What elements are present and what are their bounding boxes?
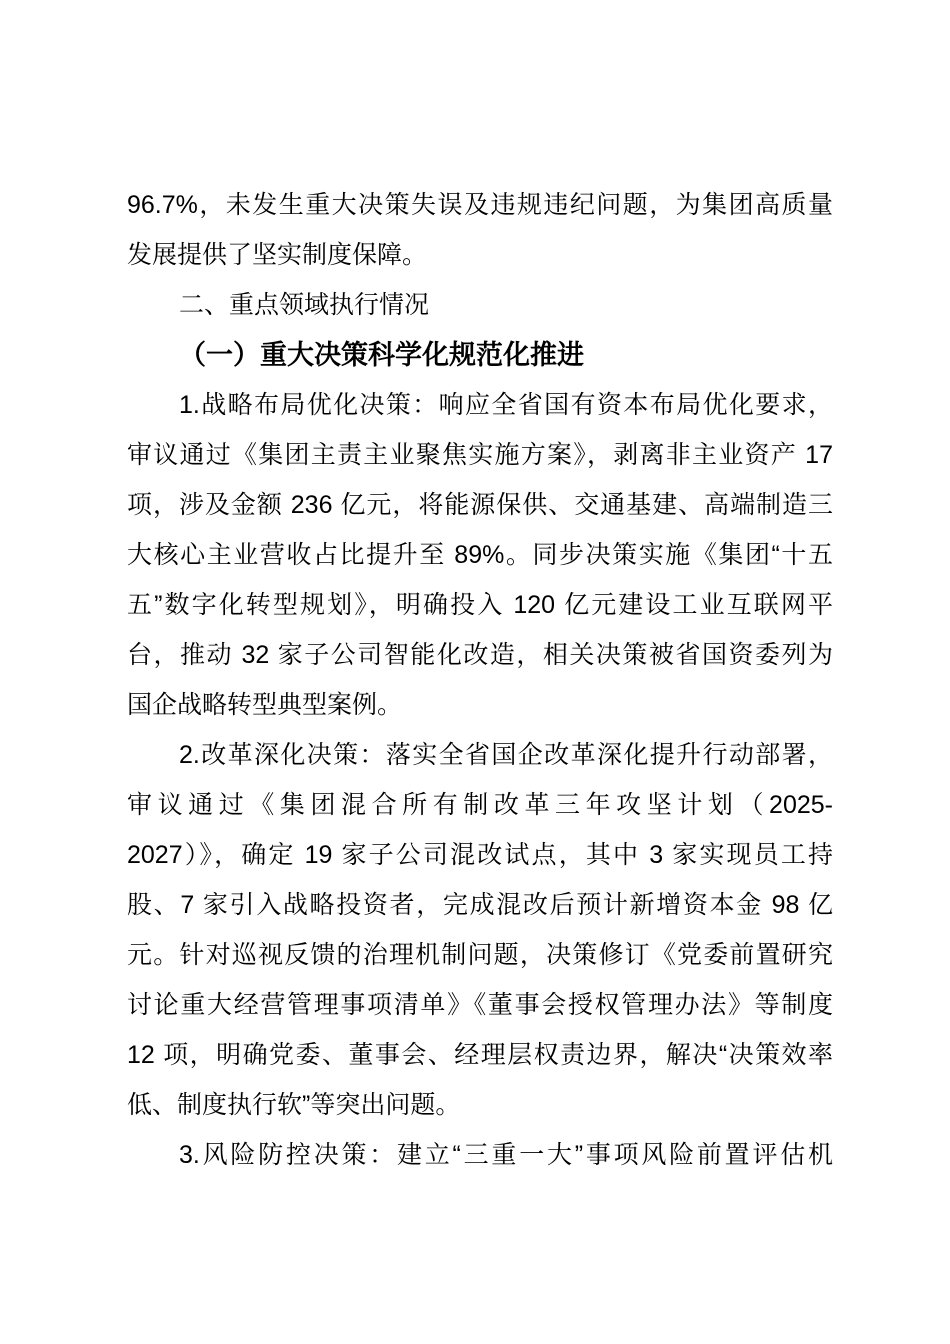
section-heading-2: 二、重点领域执行情况: [127, 280, 833, 330]
text-line: 项，涉及金额 236 亿元，将能源保供、交通基建、高端制造三: [127, 480, 833, 530]
text-line: 台，推动 32 家子公司智能化改造，相关决策被省国资委列为: [127, 630, 833, 680]
text-line: 元。针对巡视反馈的治理机制问题，决策修订《党委前置研究: [127, 930, 833, 980]
text-line: 二、重点领域执行情况: [127, 280, 833, 330]
text-line: 3.风险防控决策：建立“三重一大”事项风险前置评估机: [127, 1130, 833, 1180]
text-line: 低、制度执行软”等突出问题。: [127, 1080, 833, 1130]
item-paragraph-1-strategic-layout: 1.战略布局优化决策：响应全省国有资本布局优化要求，审议通过《集团主责主业聚焦实…: [127, 380, 833, 730]
paragraph-continued-from-previous-page: 96.7%，未发生重大决策失误及违规违纪问题，为集团高质量发展提供了坚实制度保障…: [127, 180, 833, 280]
text-line: 五”数字化转型规划》，明确投入 120 亿元建设工业互联网平: [127, 580, 833, 630]
text-line: 发展提供了坚实制度保障。: [127, 230, 833, 280]
document-page: 96.7%，未发生重大决策失误及违规违纪问题，为集团高质量发展提供了坚实制度保障…: [0, 0, 950, 1344]
text-line: 1.战略布局优化决策：响应全省国有资本布局优化要求，: [127, 380, 833, 430]
item-paragraph-2-reform-deepening: 2.改革深化决策：落实全省国企改革深化提升行动部署，审议通过《集团混合所有制改革…: [127, 730, 833, 1130]
text-line: 2.改革深化决策：落实全省国企改革深化提升行动部署，: [127, 730, 833, 780]
text-line: 国企战略转型典型案例。: [127, 680, 833, 730]
text-line: （一）重大决策科学化规范化推进: [127, 330, 833, 380]
text-line: 讨论重大经营管理事项清单》《董事会授权管理办法》等制度: [127, 980, 833, 1030]
text-line: 审议通过《集团主责主业聚焦实施方案》，剥离非主业资产 17: [127, 430, 833, 480]
text-line: 2027）》，确定 19 家子公司混改试点，其中 3 家实现员工持: [127, 830, 833, 880]
subsection-heading-1: （一）重大决策科学化规范化推进: [127, 330, 833, 380]
text-line: 96.7%，未发生重大决策失误及违规违纪问题，为集团高质量: [127, 180, 833, 230]
document-content: 96.7%，未发生重大决策失误及违规违纪问题，为集团高质量发展提供了坚实制度保障…: [127, 180, 833, 1180]
item-paragraph-3-risk-control: 3.风险防控决策：建立“三重一大”事项风险前置评估机: [127, 1130, 833, 1180]
text-line: 审议通过《集团混合所有制改革三年攻坚计划（2025-: [127, 780, 833, 830]
text-line: 12 项，明确党委、董事会、经理层权责边界，解决“决策效率: [127, 1030, 833, 1080]
text-line: 大核心主业营收占比提升至 89%。同步决策实施《集团“十五: [127, 530, 833, 580]
text-line: 股、7 家引入战略投资者，完成混改后预计新增资本金 98 亿: [127, 880, 833, 930]
